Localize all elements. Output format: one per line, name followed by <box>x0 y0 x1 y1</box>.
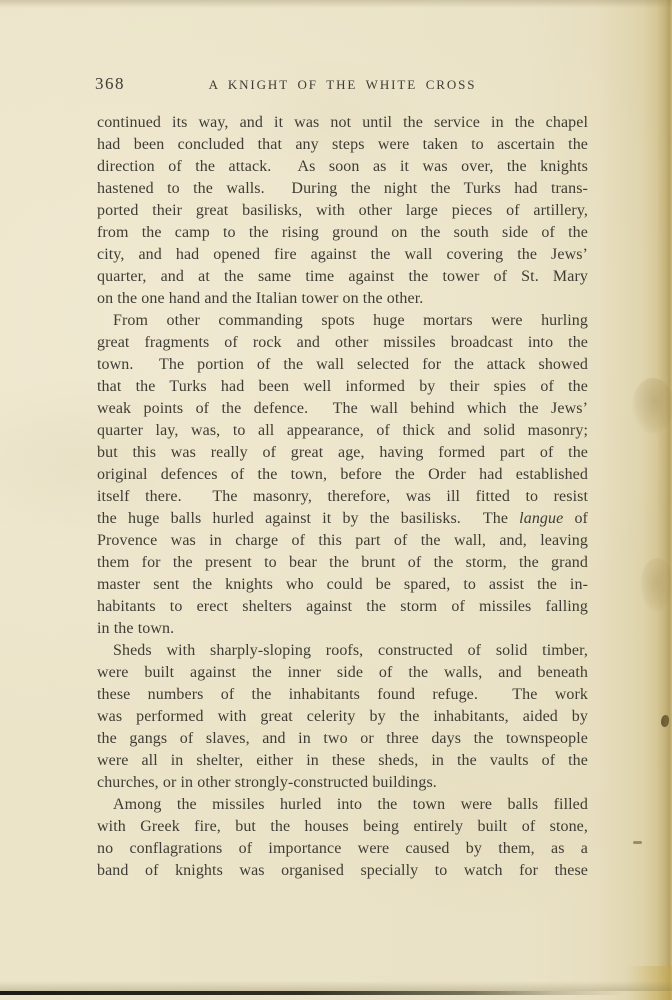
text-line: the gangs of slaves, and in two or three… <box>97 728 588 750</box>
text-line: hastened to the walls. During the night … <box>97 178 588 200</box>
text-line: ported their great basilisks, with other… <box>97 200 588 222</box>
text-line: had been concluded that any steps were t… <box>97 134 588 156</box>
text-line: band of knights was organised specially … <box>97 860 588 882</box>
paper-mark <box>633 841 642 844</box>
paragraph: From other commanding spots huge mortars… <box>97 310 588 640</box>
text-line: master sent the knights who could be spa… <box>97 574 588 596</box>
text-line: From other commanding spots huge mortars… <box>97 310 588 332</box>
text-line: continued its way, and it was not until … <box>97 112 588 134</box>
text-line: in the town. <box>97 618 588 640</box>
page-edge-shadow <box>657 0 672 1000</box>
scan-edge-bottom-line <box>0 991 672 995</box>
scan-edge-bottom-shadow <box>0 981 672 991</box>
text-line: town. The portion of the wall selected f… <box>97 354 588 376</box>
text-line: quarter, and at the same time against th… <box>97 266 588 288</box>
text-line: them for the present to bear the brunt o… <box>97 552 588 574</box>
text-line: these numbers of the inhabitants found r… <box>97 684 588 706</box>
text-line: was performed with great celerity by the… <box>97 706 588 728</box>
page-body: continued its way, and it was not until … <box>97 112 588 882</box>
text-line: itself there. The masonry, therefore, wa… <box>97 486 588 508</box>
text-line: Among the missiles hurled into the town … <box>97 794 588 816</box>
page-header: 368 A KNIGHT OF THE WHITE CROSS <box>97 74 588 96</box>
text-line: but this was really of great age, having… <box>97 442 588 464</box>
text-line: quarter lay, was, to all appearance, of … <box>97 420 588 442</box>
paragraph: Among the missiles hurled into the town … <box>97 794 588 882</box>
italic-term: langue <box>519 510 563 527</box>
text-line: direction of the attack. As soon as it w… <box>97 156 588 178</box>
text-line: with Greek fire, but the houses being en… <box>97 816 588 838</box>
paragraph: Sheds with sharply-sloping roofs, constr… <box>97 640 588 794</box>
text-line: the huge balls hurled against it by the … <box>97 508 588 530</box>
paragraph: continued its way, and it was not until … <box>97 112 588 310</box>
text-line: great fragments of rock and other missil… <box>97 332 588 354</box>
scan-edge-top <box>0 0 672 8</box>
text-line: weak points of the defence. The wall beh… <box>97 398 588 420</box>
text-line: that the Turks had been well informed by… <box>97 376 588 398</box>
text-line: Provence was in charge of this part of t… <box>97 530 588 552</box>
line-text: the huge balls hurled against it by the … <box>97 510 519 527</box>
running-header: A KNIGHT OF THE WHITE CROSS <box>97 77 588 93</box>
text-line: habitants to erect shelters against the … <box>97 596 588 618</box>
book-page-scan: 368 A KNIGHT OF THE WHITE CROSS continue… <box>0 0 672 1000</box>
text-line: original defences of the town, before th… <box>97 464 588 486</box>
text-line: were built against the inner side of the… <box>97 662 588 684</box>
line-text: of <box>563 510 588 527</box>
text-line: on the one hand and the Italian tower on… <box>97 288 588 310</box>
text-line: city, and had opened fire against the wa… <box>97 244 588 266</box>
text-line: Sheds with sharply-sloping roofs, constr… <box>97 640 588 662</box>
text-line: from the camp to the rising ground on th… <box>97 222 588 244</box>
text-line: were all in shelter, either in these she… <box>97 750 588 772</box>
text-line: no conflagrations of importance were cau… <box>97 838 588 860</box>
text-line: churches, or in other strongly-construct… <box>97 772 588 794</box>
